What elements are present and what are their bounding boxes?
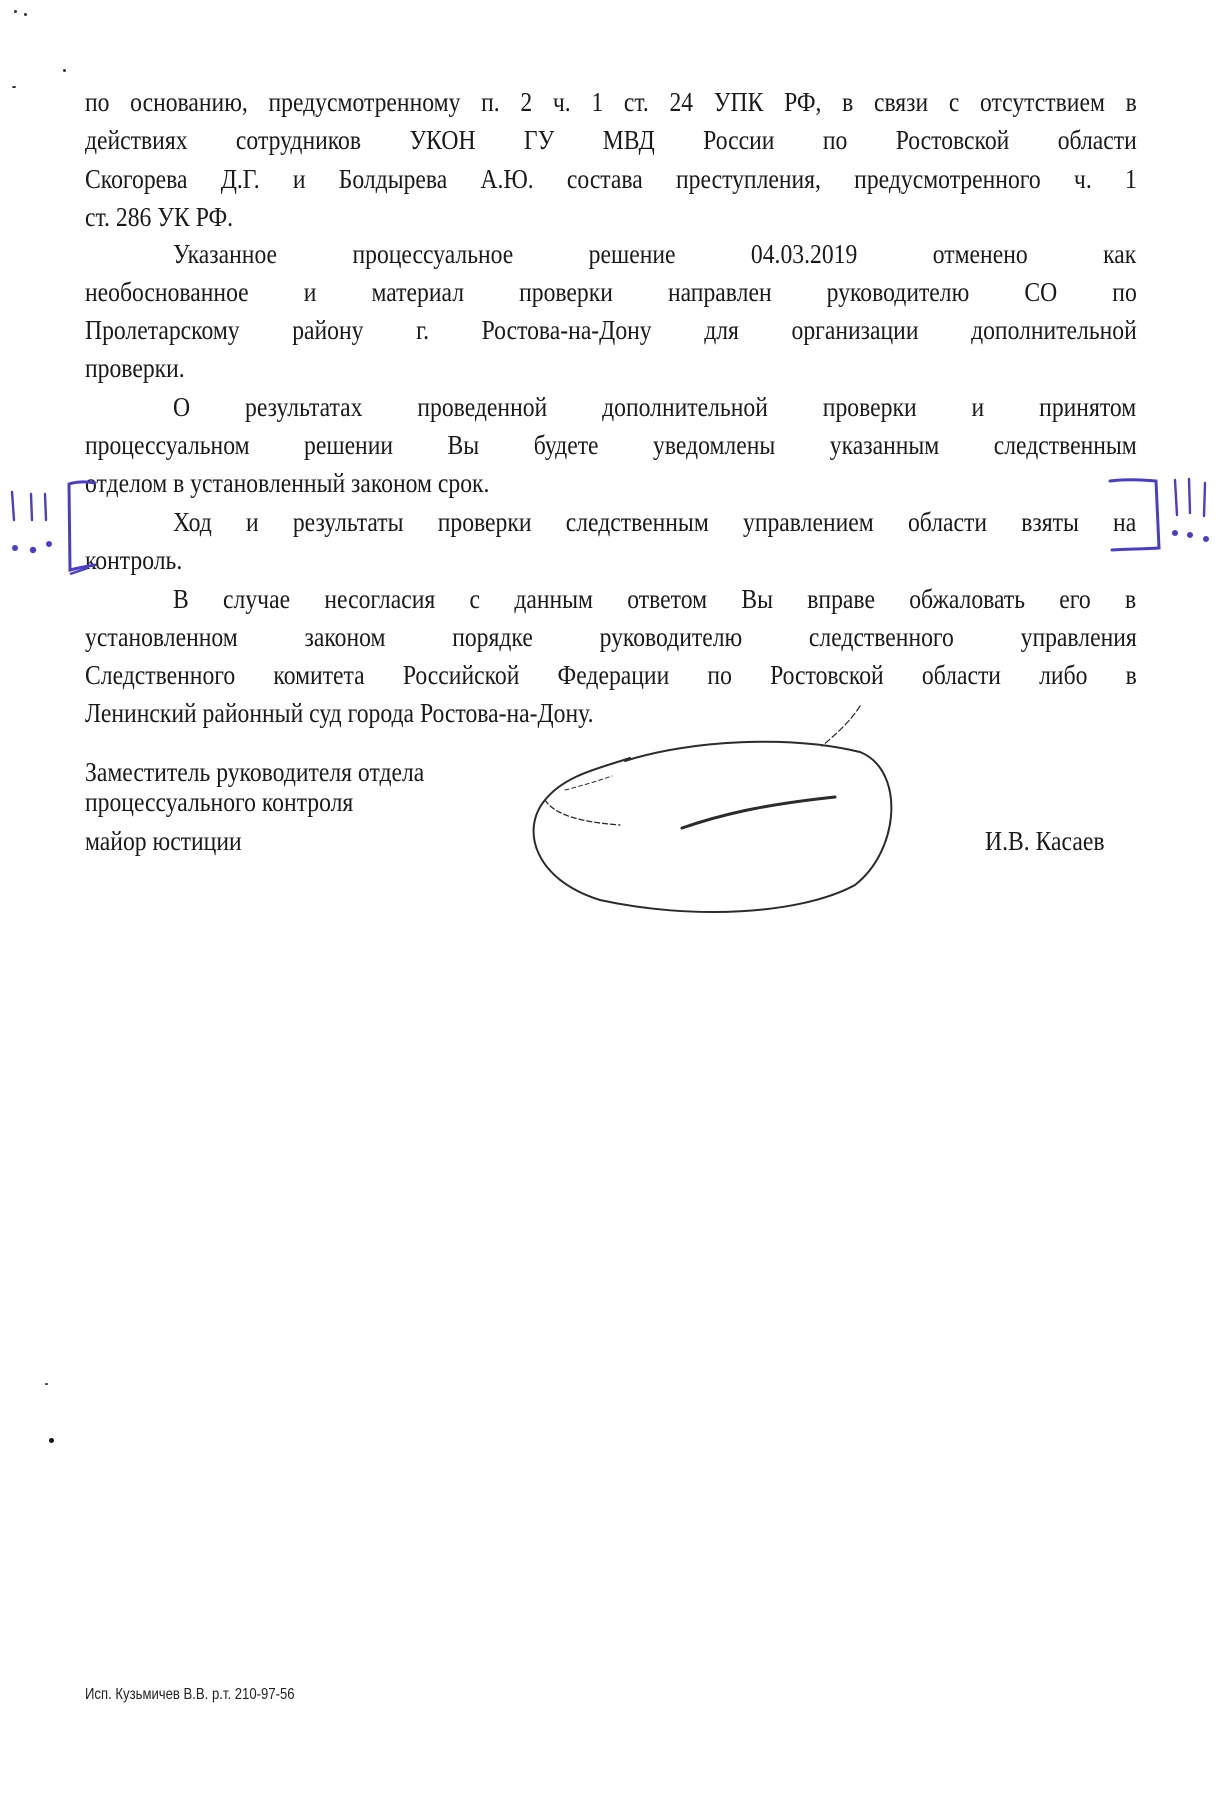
paragraph-basis-line-2: действиях сотрудников УКОН ГУ МВД России… [85,122,1137,158]
paragraph-control-line-2: контроль. [85,542,990,578]
signatory-position-line-2: процессуального контроля [85,786,353,818]
paragraph-appeal-line-4: Ленинский районный суд города Ростова-на… [85,695,990,731]
scan-speck [49,1438,54,1443]
ink-layer [0,0,1226,1820]
paragraph-decision-line-1: Указанное процессуальное решение 04.03.2… [173,236,1136,272]
paragraph-basis-line-4: ст. 286 УК РФ. [85,199,990,235]
paragraph-control-line-1: Ход и результаты проверки следственным у… [173,504,1136,540]
right-exclamation-marks-icon [1173,479,1208,541]
paragraph-appeal-line-3: Следственного комитета Российской Федера… [85,657,1137,693]
paragraph-decision-line-4: проверки. [85,350,990,386]
scan-speck [63,69,66,72]
paragraph-notification-line-2: процессуальном решении Вы будете уведомл… [85,427,1137,463]
executor-footer: Исп. Кузьмичев В.В. р.т. 210-97-56 [85,1686,295,1704]
scan-speck [12,86,16,88]
signatory-rank: майор юстиции [85,825,242,857]
paragraph-appeal-line-2: установленном законом порядке руководите… [85,619,1137,655]
paragraph-notification-line-3: отделом в установленный законом срок. [85,465,990,501]
paragraph-basis-line-1: по основанию, предусмотренному п. 2 ч. 1… [85,84,1137,120]
paragraph-decision-line-2: необоснованное и материал проверки напра… [85,274,1137,310]
handwritten-signature-icon [534,706,892,912]
signatory-name: И.В. Касаев [985,825,1104,857]
scan-speck [24,13,27,16]
scan-speck [45,1383,48,1385]
paragraph-notification-line-1: О результатах проведенной дополнительной… [173,389,1136,425]
scan-speck [14,10,17,13]
paragraph-basis-line-3: Скогорева Д.Г. и Болдырева А.Ю. состава … [85,161,1137,197]
left-exclamation-marks-icon [12,492,51,552]
paragraph-decision-line-3: Пролетарскому району г. Ростова-на-Дону … [85,312,1137,348]
paragraph-appeal-line-1: В случае несогласия с данным ответом Вы … [173,581,1136,617]
document-page: по основанию, предусмотренному п. 2 ч. 1… [0,0,1226,1820]
signatory-position-line-1: Заместитель руководителя отдела [85,756,424,788]
